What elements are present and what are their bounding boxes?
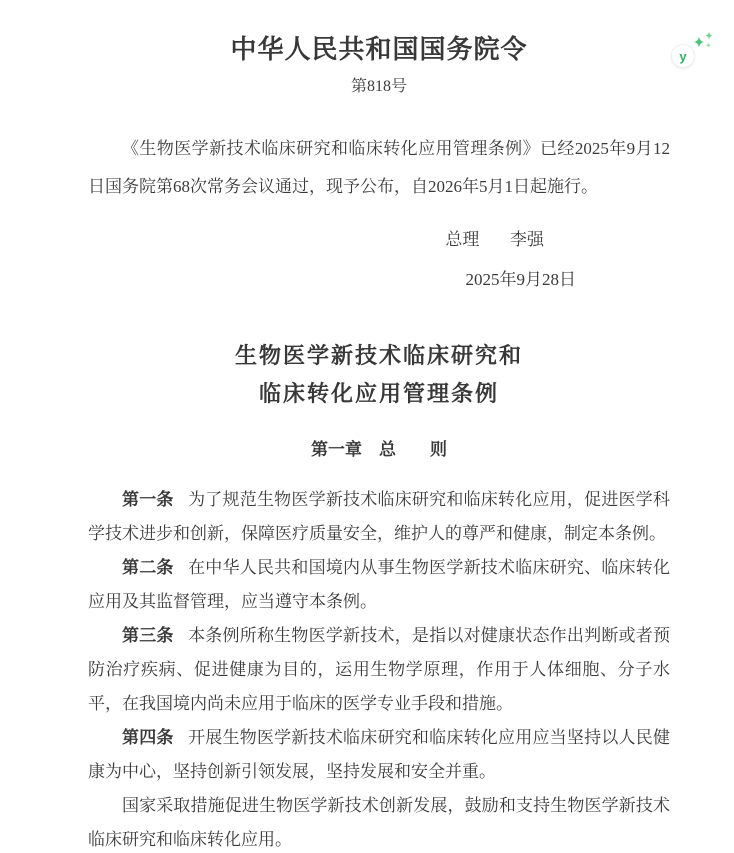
article-3-text: 本条例所称生物医学新技术，是指以对健康状态作出判断或者预防治疗疾病、促进健康为目… xyxy=(88,626,670,713)
regulation-title-line1: 生物医学新技术临床研究和 xyxy=(88,337,670,375)
articles-section: 第一条为了规范生物医学新技术临床研究和临床转化应用，促进医学科学技术进步和创新，… xyxy=(88,483,670,853)
decree-sign-date: 2025年9月28日 xyxy=(88,263,670,297)
article-4-label: 第四条 xyxy=(122,728,174,747)
article-2-label: 第二条 xyxy=(122,558,174,577)
article-paragraph-1: 第一条为了规范生物医学新技术临床研究和临床转化应用，促进医学科学技术进步和创新，… xyxy=(88,483,670,551)
document-page: 中华人民共和国国务院令 第818号 《生物医学新技术临床研究和临床转化应用管理条… xyxy=(0,0,734,853)
chapter-heading: 第一章 总 则 xyxy=(88,439,670,461)
decree-announcement-paragraph: 《生物医学新技术临床研究和临床转化应用管理条例》已经2025年9月12日国务院第… xyxy=(88,130,670,206)
article-1-label: 第一条 xyxy=(122,490,174,509)
decree-order-number: 第818号 xyxy=(88,77,670,97)
article-2-text: 在中华人民共和国境内从事生物医学新技术临床研究、临床转化应用及其监督管理，应当遵… xyxy=(88,558,670,611)
document-content: 中华人民共和国国务院令 第818号 《生物医学新技术临床研究和临床转化应用管理条… xyxy=(0,34,734,853)
decree-header-title: 中华人民共和国国务院令 xyxy=(88,34,670,66)
regulation-title-line2: 临床转化应用管理条例 xyxy=(88,375,670,413)
regulation-title: 生物医学新技术临床研究和 临床转化应用管理条例 xyxy=(88,337,670,413)
article-4-text: 开展生物医学新技术临床研究和临床转化应用应当坚持以人民健康为中心，坚持创新引领发… xyxy=(88,728,670,781)
closing-paragraph: 国家采取措施促进生物医学新技术创新发展，鼓励和支持生物医学新技术临床研究和临床转… xyxy=(88,789,670,853)
article-3-label: 第三条 xyxy=(122,626,174,645)
extension-button-circle[interactable]: y xyxy=(672,45,694,67)
article-1-text: 为了规范生物医学新技术临床研究和临床转化应用，促进医学科学技术进步和创新，保障医… xyxy=(88,490,670,543)
signer-name: 李强 xyxy=(510,230,544,249)
translator-extension-badge[interactable]: y xyxy=(668,28,720,74)
article-paragraph-3: 第三条本条例所称生物医学新技术，是指以对健康状态作出判断或者预防治疗疾病、促进健… xyxy=(88,619,670,721)
article-paragraph-4: 第四条开展生物医学新技术临床研究和临床转化应用应当坚持以人民健康为中心，坚持创新… xyxy=(88,721,670,789)
signer-title: 总理 xyxy=(445,230,479,249)
extension-letter: y xyxy=(679,50,686,63)
article-paragraph-2: 第二条在中华人民共和国境内从事生物医学新技术临床研究、临床转化应用及其监督管理，… xyxy=(88,551,670,619)
decree-signature-line: 总理李强 xyxy=(88,223,670,257)
